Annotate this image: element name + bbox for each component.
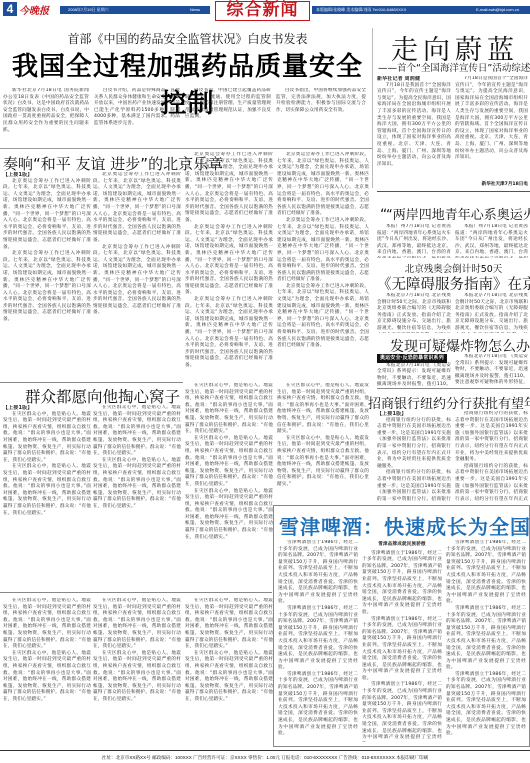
olympic-col-4: 北京奥运会筹办工作已进入冲刺阶段。七年来，北京以“绿色奥运、科技奥运、人文奥运”… [277, 152, 369, 380]
cmb-col-2: 招商银行纽约分行的获批，标志着中资银行在美国市场拓展迈出重要一步。这是美国自19… [455, 411, 528, 501]
footer-info: 社址：北京市XX路XX号 邮政编码：100XXX 广告经营许可证：京XXXX 零… [0, 752, 530, 763]
earthquake-headline: 群众都愿向他掏心窝子 [25, 385, 180, 407]
feature-subheadline: ——首个“全国海洋宣传日”活动综述 [378, 60, 530, 74]
beer-subhead: 雪津品牌成就民族骄傲 [362, 542, 442, 549]
beer-col-3: 雪津啤酒创立于1986年，经过二十多年的发展，已成为国内啤酒行业的知名品牌。20… [446, 540, 526, 742]
lead-column-2: 白皮书介绍，药品是特殊商品，直接关系人民群众身体健康和生命安全。改革开放以来，中… [94, 88, 180, 146]
olympic-col-3: 北京奥运会筹办工作已进入冲刺阶段。七年来，北京以“绿色奥运、科技奥运、人文奥运”… [185, 152, 273, 380]
cmb-col-1: 【上接1版】 招商银行纽约分行的获批，标志着中资银行在美国市场拓展迈出重要一步。… [377, 411, 451, 501]
editor-info: 本版编辑/张晓峰 美术编辑/刘雨 Tel:010-6488XXXX [316, 6, 406, 14]
explosive-headline: 发现可疑爆炸物怎么办 [390, 336, 530, 356]
earthquake-col-4: 在灾区群众心中，他是贴心人。地震发生后，他第一时间赶到受灾最严重的村组，挨家挨户… [277, 383, 369, 503]
feature-body-2: 7月18日是我国首个“全国海洋宣传日”，今年的宣传主题是“海洋与奥运”。为提高全… [455, 76, 528, 180]
divider-lead [0, 148, 372, 149]
beer-headline: 雪津啤酒：快速成长为全国性强势品牌 [279, 511, 530, 540]
explosive-col-1: 奥运安全·反恐防暴常识系列 本报北京7月18日电 《奥运安全常识》系列提示：发现… [377, 354, 451, 386]
accessibility-headline: 《无障碍服务指南》在京发放 [377, 273, 530, 294]
earthquake-col-2: 在灾区群众心中，他是贴心人。地震发生后，他第一时间赶到受灾最严重的村组，挨家挨户… [93, 405, 181, 588]
lower-left-col-2: 在灾区群众心中，他是贴心人。地震发生后，他第一时间赶到受灾最严重的村组，挨家挨户… [93, 598, 181, 746]
feature-body-1: 新华社记者 周润健 7月18日是我国首个“全国海洋宣传日”，今年的宣传主题是“海… [377, 76, 451, 188]
section-title: 综合新闻 [215, 1, 310, 21]
lead-column-3: 白皮书说，中国已建立起覆盖药品研制、生产、流通、使用全过程的监管制度，实施药品注… [185, 88, 271, 146]
olympic-col-2: 北京奥运会筹办工作已进入冲刺阶段。七年来，北京以“绿色奥运、科技奥运、人文奥运”… [93, 172, 181, 377]
page-number: 4 [3, 2, 17, 16]
footer-rule [0, 750, 530, 751]
divider-explosive [377, 388, 530, 389]
beer-col-2: 雪津品牌成就民族骄傲 雪津啤酒创立于1986年，经过二十多年的发展，已成为国内啤… [362, 540, 442, 742]
earthquake-col-1: 【上接1版】 在灾区群众心中，他是贴心人。地震发生后，他第一时间赶到受灾最严重的… [3, 405, 91, 588]
masthead-news-label: News [190, 6, 200, 14]
olympic-col-1: 【上接1版】 北京奥运会筹办工作已进入冲刺阶段。七年来，北京以“绿色奥运、科技奥… [3, 172, 91, 377]
beer-col-1: 雪津啤酒创立于1986年，经过二十多年的发展，已成为国内啤酒行业的知名品牌。20… [278, 540, 358, 742]
cross-strait-col-1: 本报广州7月18日电 记者黄茜报道：“两岸四地青年心系奥运火车团”今日从广州出发… [377, 224, 451, 258]
cross-strait-headline: “两岸四地青年心系奥运火车团”启程 [386, 204, 530, 223]
paper-logo: 今晚报 [19, 2, 49, 17]
lower-left-col-3: 在灾区群众心中，他是贴心人。地震发生后，他第一时间赶到受灾最严重的村组，挨家挨户… [185, 598, 273, 746]
cross-strait-col-2: 本报广州7月18日电 记者黄茜报道：“两岸四地青年心系奥运火车团”今日从广州出发… [455, 224, 528, 258]
masthead-date: 2008年7月19日 星期六 [68, 6, 109, 14]
accessibility-col-2: 本报北京7月18日电 北京残奥会倒计时50天之际，北京市残联和北京奥组委联合编写… [455, 293, 528, 333]
explosive-col-2: 本报北京7月18日电 《奥运安全常识》系列提示：发现可疑爆炸物时，不要触动、不要… [455, 354, 528, 386]
lower-left-col-1: 在灾区群众心中，他是贴心人。地震发生后，他第一时间赶到受灾最严重的村组，挨家挨户… [3, 598, 91, 746]
divider-olympic [0, 382, 183, 383]
editor-email: E-mail:xwb@bjd.com.cn [476, 6, 519, 14]
earthquake-col-3: 在灾区群众心中，他是贴心人。地震发生后，他第一时间赶到受灾最严重的村组，挨家挨户… [185, 383, 273, 588]
divider-feature [377, 191, 530, 192]
explosive-label: 奥运安全·反恐防暴常识系列 [377, 354, 447, 363]
accessibility-col-1: 本报北京7月18日电 北京残奥会倒计时50天之际，北京市残联和北京奥组委联合编写… [377, 293, 451, 333]
feature-byline: 新华社记者 周润健 [377, 76, 451, 83]
divider-lower-left [0, 592, 272, 593]
lead-column-4: 白皮书指出，中国将继续加强药品安全监管，完善法律法规，加大执法力度，提升检验检测… [276, 88, 366, 146]
divider-right-column [372, 28, 373, 188]
lead-column-1: 新华社北京7月18日电 国务院新闻办公室18日发表《中国的药品安全监管状况》白皮… [3, 88, 89, 146]
cmb-headline: 招商银行纽约分行获批有望年内开业 [368, 393, 530, 412]
lead-kicker: 首部《中国的药品安全监管状况》白皮书发表 [0, 30, 375, 47]
feature-dateline: 新华社天津7月18日电 [455, 181, 528, 187]
